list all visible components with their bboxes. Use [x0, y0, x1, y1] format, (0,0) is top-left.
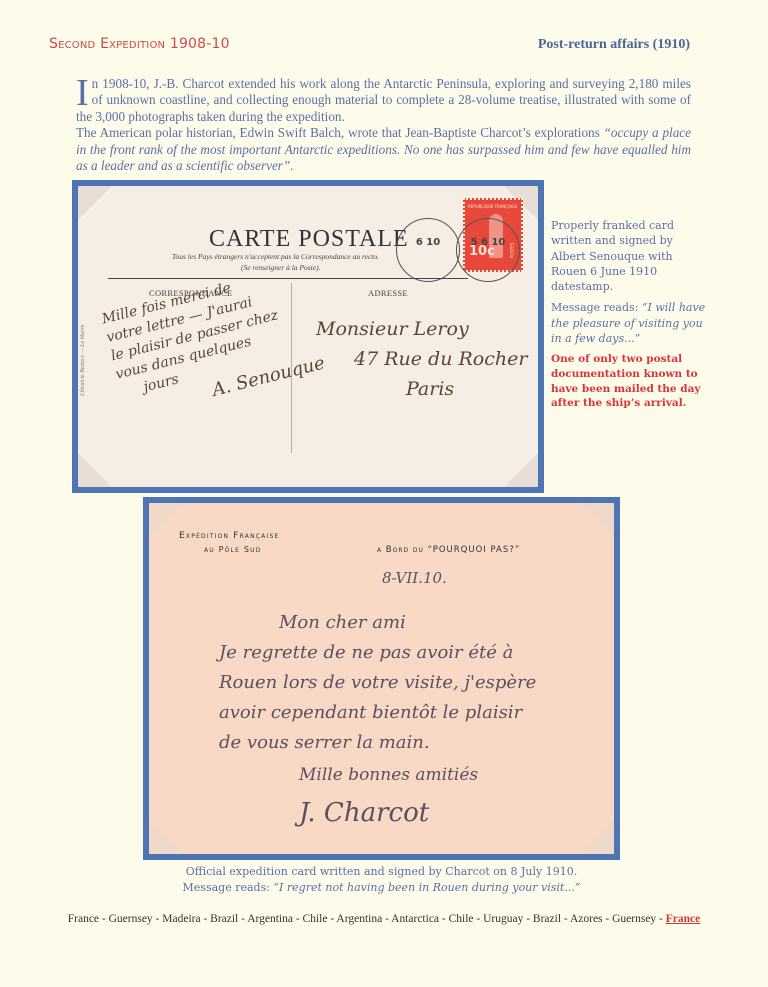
highlight-note: One of only two postal documentation kno…: [551, 352, 711, 410]
section-title: Second Expedition 1908-10: [49, 36, 230, 52]
expedition-subheading: au Pôle Sud: [204, 545, 262, 554]
postcard-senouque: CARTE POSTALE Tous les Pays étrangers n'…: [78, 186, 538, 487]
photo-corner: [504, 453, 538, 487]
handwritten-message: Mille fois merci de votre lettre — J'aur…: [100, 261, 327, 421]
photo-corner: [149, 503, 183, 537]
adresse-label: ADRESSE: [368, 288, 408, 298]
expedition-route: France - Guernsey - Madeira - Brazil - A…: [0, 913, 768, 925]
page-topic: Post-return affairs (1910): [538, 37, 690, 53]
printer-imprint: Librairie Beziers — Le Havre: [80, 325, 86, 396]
photo-corner: [78, 186, 112, 220]
side-notes: Properly franked card written and signed…: [551, 218, 711, 417]
handwritten-closing: Mille bonnes amitiés: [299, 765, 478, 785]
current-stop: France: [666, 913, 700, 925]
expedition-card-charcot: Expédition Française au Pôle Sud a Bord …: [149, 503, 614, 854]
rouen-postmark-on-stamp: 5 6 10: [456, 218, 520, 282]
photo-corner: [149, 820, 183, 854]
intro-paragraph-1: In 1908-10, J.-B. Charcot extended his w…: [76, 76, 691, 125]
ship-heading: a Bord du “POURQUOI PAS?”: [377, 545, 520, 555]
handwritten-address: Monsieur Leroy 47 Rue du Rocher Paris: [316, 314, 527, 404]
photo-corner: [580, 820, 614, 854]
card-description: Properly franked card written and signed…: [551, 218, 711, 294]
handwritten-letter: Mon cher ami Je regrette de ne pas avoir…: [219, 608, 536, 758]
rouen-postmark: 6 10: [396, 218, 460, 282]
handwritten-date: 8-VII.10.: [382, 569, 447, 587]
intro-paragraph-2: The American polar historian, Edwin Swif…: [76, 125, 691, 174]
intro-text: In 1908-10, J.-B. Charcot extended his w…: [76, 76, 691, 174]
card2-caption: Official expedition card written and sig…: [143, 864, 620, 895]
photo-corner: [580, 503, 614, 537]
message-translation: Message reads: “I will have the pleasure…: [551, 300, 711, 346]
carte-postale-title: CARTE POSTALE: [209, 226, 409, 253]
photo-corner: [78, 453, 112, 487]
postcard-frame-senouque: CARTE POSTALE Tous les Pays étrangers n'…: [72, 180, 544, 493]
carte-postale-notice: Tous les Pays étrangers n'acceptent pas …: [172, 252, 379, 261]
dropcap: I: [76, 78, 89, 108]
charcot-signature: J. Charcot: [299, 798, 429, 828]
expedition-heading: Expédition Française: [179, 531, 279, 541]
postcard-frame-charcot: Expédition Française au Pôle Sud a Bord …: [143, 497, 620, 860]
